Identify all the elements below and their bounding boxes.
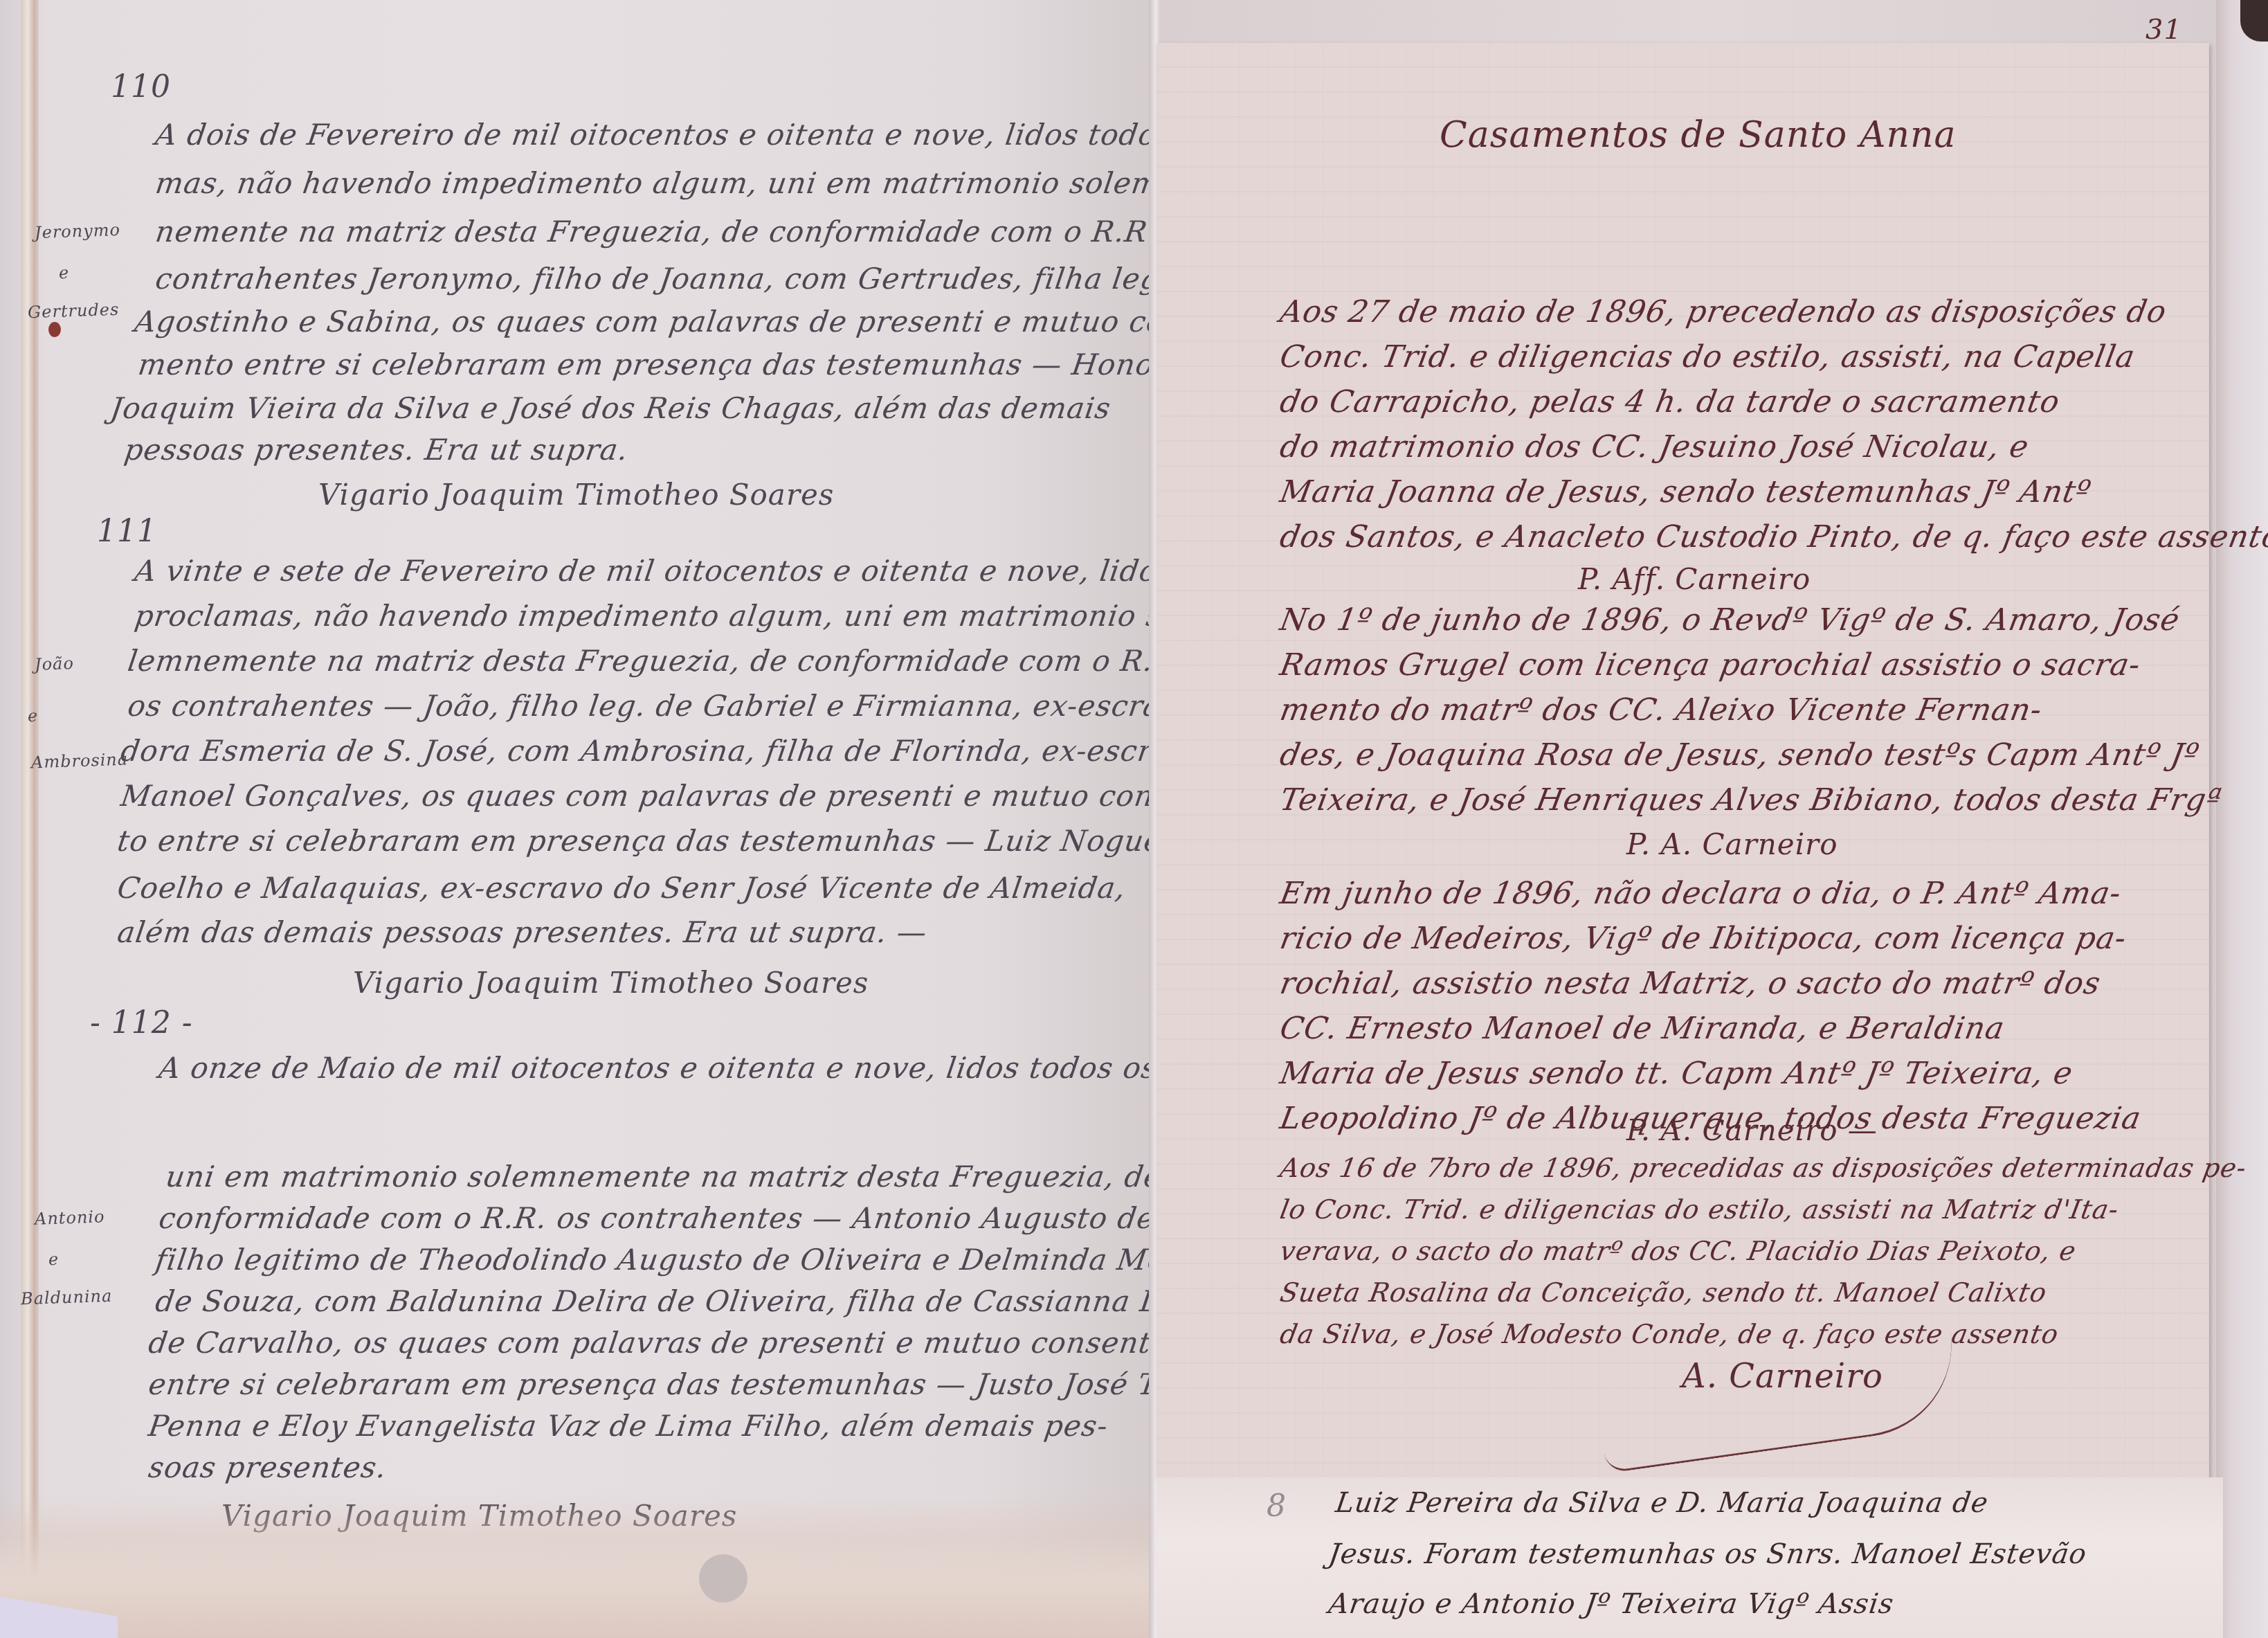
entry-line: Em junho de 1896, não declara o dia, o P… xyxy=(1278,876,2125,911)
entry-number-112: - 112 - xyxy=(90,1005,193,1041)
entry-line: A vinte e sete de Fevereiro de mil oitoc… xyxy=(133,554,1313,588)
entry-line: de Carvalho, os quaes com palavras de pr… xyxy=(147,1326,1260,1360)
entry-line: Conc. Trid. e diligencias do estilo, ass… xyxy=(1278,339,2139,375)
margin-name-and: e xyxy=(28,706,39,726)
entry-line: Aos 27 de maio de 1896, precedendo as di… xyxy=(1278,294,2170,330)
entry-line: mento entre si celebraram em presença da… xyxy=(136,348,1199,381)
margin-name-bride: Ambrosina xyxy=(31,750,129,773)
entry-line: soas presentes. xyxy=(147,1450,390,1484)
page-number: 31 xyxy=(2145,14,2182,46)
entry-line: Agostinho e Sabina, os quaes com palavra… xyxy=(133,305,1273,339)
open-register-book: 110 Jeronymo e Gertrudes A dois de Fever… xyxy=(0,0,2268,1638)
entry-line: Ramos Grugel com licença parochial assis… xyxy=(1278,647,2143,683)
page-title: Casamentos de Santo Anna xyxy=(1440,114,1956,156)
entry-line: conformidade com o R.R. os contrahentes … xyxy=(157,1201,1300,1235)
priest-signature: P. A. Carneiro xyxy=(1626,827,1838,861)
entry-line: ricio de Medeiros, Vigº de Ibitipoca, co… xyxy=(1278,921,2130,956)
entry-line: dos Santos, e Anacleto Custodio Pinto, d… xyxy=(1278,519,2268,555)
entry-line: lo Conc. Trid. e diligencias do estilo, … xyxy=(1278,1194,2121,1225)
entry-line: pessoas presentes. Era ut supra. xyxy=(123,433,631,467)
margin-name-and: e xyxy=(59,263,70,283)
left-page: 110 Jeronymo e Gertrudes A dois de Fever… xyxy=(0,0,1154,1638)
fragment-margin-number: 8 xyxy=(1267,1488,1287,1524)
entry-line: to entre si celebraram em presença das t… xyxy=(116,824,1207,858)
entry-line: nemente na matriz desta Freguezia, de co… xyxy=(154,215,1204,249)
entry-line: dora Esmeria de S. José, com Ambrosina, … xyxy=(119,734,1255,768)
ink-stain xyxy=(48,322,61,337)
entry-line: Penna e Eloy Evangelista Vaz de Lima Fil… xyxy=(147,1409,1111,1443)
entry-line: Maria de Jesus sendo tt. Capm Antº Jº Te… xyxy=(1278,1056,2076,1091)
entry-number-111: 111 xyxy=(97,514,157,549)
priest-signature: Vigario Joaquim Timotheo Soares xyxy=(353,966,869,1000)
entry-line: Joaquim Vieira da Silva e José dos Reis … xyxy=(109,391,1114,425)
entry-line: entre si celebraram em presença das test… xyxy=(147,1367,1264,1401)
fragment-line: Luiz Pereira da Silva e D. Maria Joaquin… xyxy=(1334,1487,1990,1519)
entry-line: Manoel Gonçalves, os quaes com palavras … xyxy=(119,779,1308,813)
entry-line: além das demais pessoas presentes. Era u… xyxy=(116,915,929,949)
entry-line: Sueta Rosalina da Conceição, sendo tt. M… xyxy=(1278,1277,2049,1308)
entry-number-110: 110 xyxy=(111,69,171,105)
entry-line: do Carrapicho, pelas 4 h. da tarde o sac… xyxy=(1278,384,2063,420)
entry-line: proclamas, não havendo impedimento algum… xyxy=(133,599,1193,633)
entry-line: mas, não havendo impedimento algum, uni … xyxy=(154,166,1173,200)
next-page-edge xyxy=(2216,0,2268,1638)
entry-line: do matrimonio dos CC. Jesuino José Nicol… xyxy=(1278,429,2032,465)
entry-line: Aos 16 de 7bro de 1896, precedidas as di… xyxy=(1278,1153,2249,1183)
entry-line: Teixeira, e José Henriques Alves Bibiano… xyxy=(1278,782,2225,818)
margin-name-bride: Gertrudes xyxy=(28,300,120,323)
paper-hole xyxy=(699,1554,747,1603)
entry-line: Coelho e Malaquias, ex-escravo do Senr J… xyxy=(116,871,1128,905)
fragment-line: Araujo e Antonio Jº Teixeira Vigº Assis xyxy=(1327,1588,1896,1620)
margin-name-groom: Antonio xyxy=(35,1207,105,1229)
entry-line: filho legitimo de Theodolindo Augusto de… xyxy=(154,1243,1240,1277)
entry-line: lemnemente na matriz desta Freguezia, de… xyxy=(126,644,1188,678)
priest-signature: P. Aff. Carneiro xyxy=(1578,562,1811,596)
priest-signature: P. A. Carneiro — xyxy=(1626,1113,1878,1147)
priest-signature: Vigario Joaquim Timotheo Soares xyxy=(318,478,834,512)
margin-name-and: e xyxy=(48,1250,60,1270)
entry-line: CC. Ernesto Manoel de Miranda, e Beraldi… xyxy=(1278,1011,2008,1046)
entry-line: des, e Joaquina Rosa de Jesus, sendo tes… xyxy=(1278,737,2202,773)
entry-line: verava, o sacto do matrº dos CC. Placidi… xyxy=(1278,1236,2078,1266)
page-fold xyxy=(21,0,39,1638)
margin-name-groom: João xyxy=(35,654,75,674)
entry-line: mento do matrº dos CC. Aleixo Vicente Fe… xyxy=(1278,692,2045,728)
entry-line: rochial, assistio nesta Matriz, o sacto … xyxy=(1278,966,2104,1001)
entry-line: No 1º de junho de 1896, o Revdº Vigº de … xyxy=(1278,602,2183,638)
torn-page-edge xyxy=(0,1493,1154,1638)
margin-name-bride: Baldunina xyxy=(21,1286,113,1309)
margin-name-groom: Jeronymo xyxy=(35,220,121,242)
entry-line: Maria Joanna de Jesus, sendo testemunhas… xyxy=(1278,474,2094,510)
entry-line: contrahentes Jeronymo, filho de Joanna, … xyxy=(154,262,1219,296)
entry-line: uni em matrimonio solemnemente na matriz… xyxy=(164,1160,1165,1194)
fragment-line: Jesus. Foram testemunhas os Snrs. Manoel… xyxy=(1327,1538,2089,1570)
entry-line: de Souza, com Baldunina Delira de Olivei… xyxy=(154,1284,1231,1318)
